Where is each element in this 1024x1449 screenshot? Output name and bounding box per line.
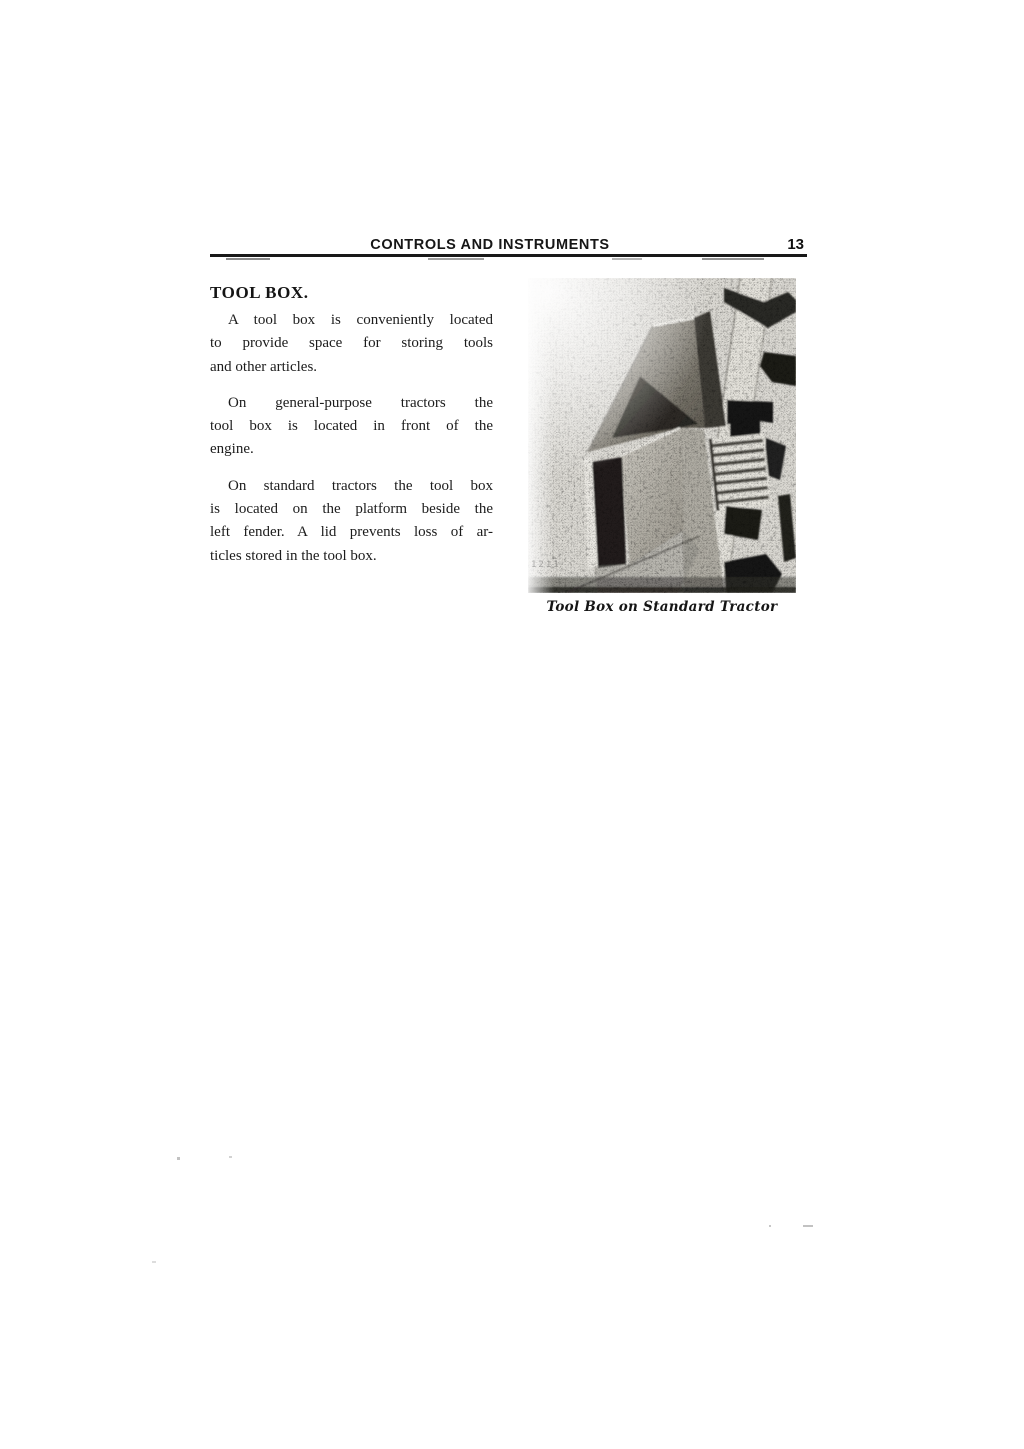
figure-caption: Tool Box on Standard Tractor [528,599,796,615]
tool-box-photo: 1211 [528,278,796,593]
text-line: and other articles. [210,356,493,379]
tool-box-photo-art [528,278,796,593]
paragraph-3: On standard tractors the tool box is loc… [210,475,493,568]
section-heading: TOOL BOX. [210,283,309,303]
text-line: On general-purpose tractors the [210,392,493,415]
paragraph-2: On general-purpose tractors the tool box… [210,392,493,462]
text-line: left fender. A lid prevents loss of ar- [210,521,493,544]
scan-artifact-dash [702,258,764,260]
scan-speck [229,1156,232,1158]
scan-fade [528,278,796,593]
text-line: is located on the platform beside the [210,498,493,521]
scan-artifact-dash [226,258,270,260]
text-line: On standard tractors the tool box [210,475,493,498]
page-number: 13 [756,236,804,253]
running-header-title: CONTROLS AND INSTRUMENTS [210,237,770,253]
text-line: to provide space for storing tools [210,332,493,355]
text-line: engine. [210,438,493,461]
scan-fade-left [528,278,554,593]
photo-negative-number: 1211 [531,560,561,570]
scan-artifact-dash [612,258,642,260]
text-line: tool box is located in front of the [210,415,493,438]
manual-page: CONTROLS AND INSTRUMENTS 13 TOOL BOX. A … [0,0,1024,1449]
paragraph-1: A tool box is conveniently located to pr… [210,309,493,379]
header-rule [210,254,807,257]
text-line: A tool box is conveniently located [210,309,493,332]
body-copy: A tool box is conveniently located to pr… [210,309,493,581]
text-line: ticles stored in the tool box. [210,545,493,568]
scan-speck [177,1157,180,1160]
scan-speck [803,1225,813,1227]
scan-speck [769,1225,771,1227]
scan-artifact-dash [428,258,484,260]
scan-speck [152,1261,156,1263]
